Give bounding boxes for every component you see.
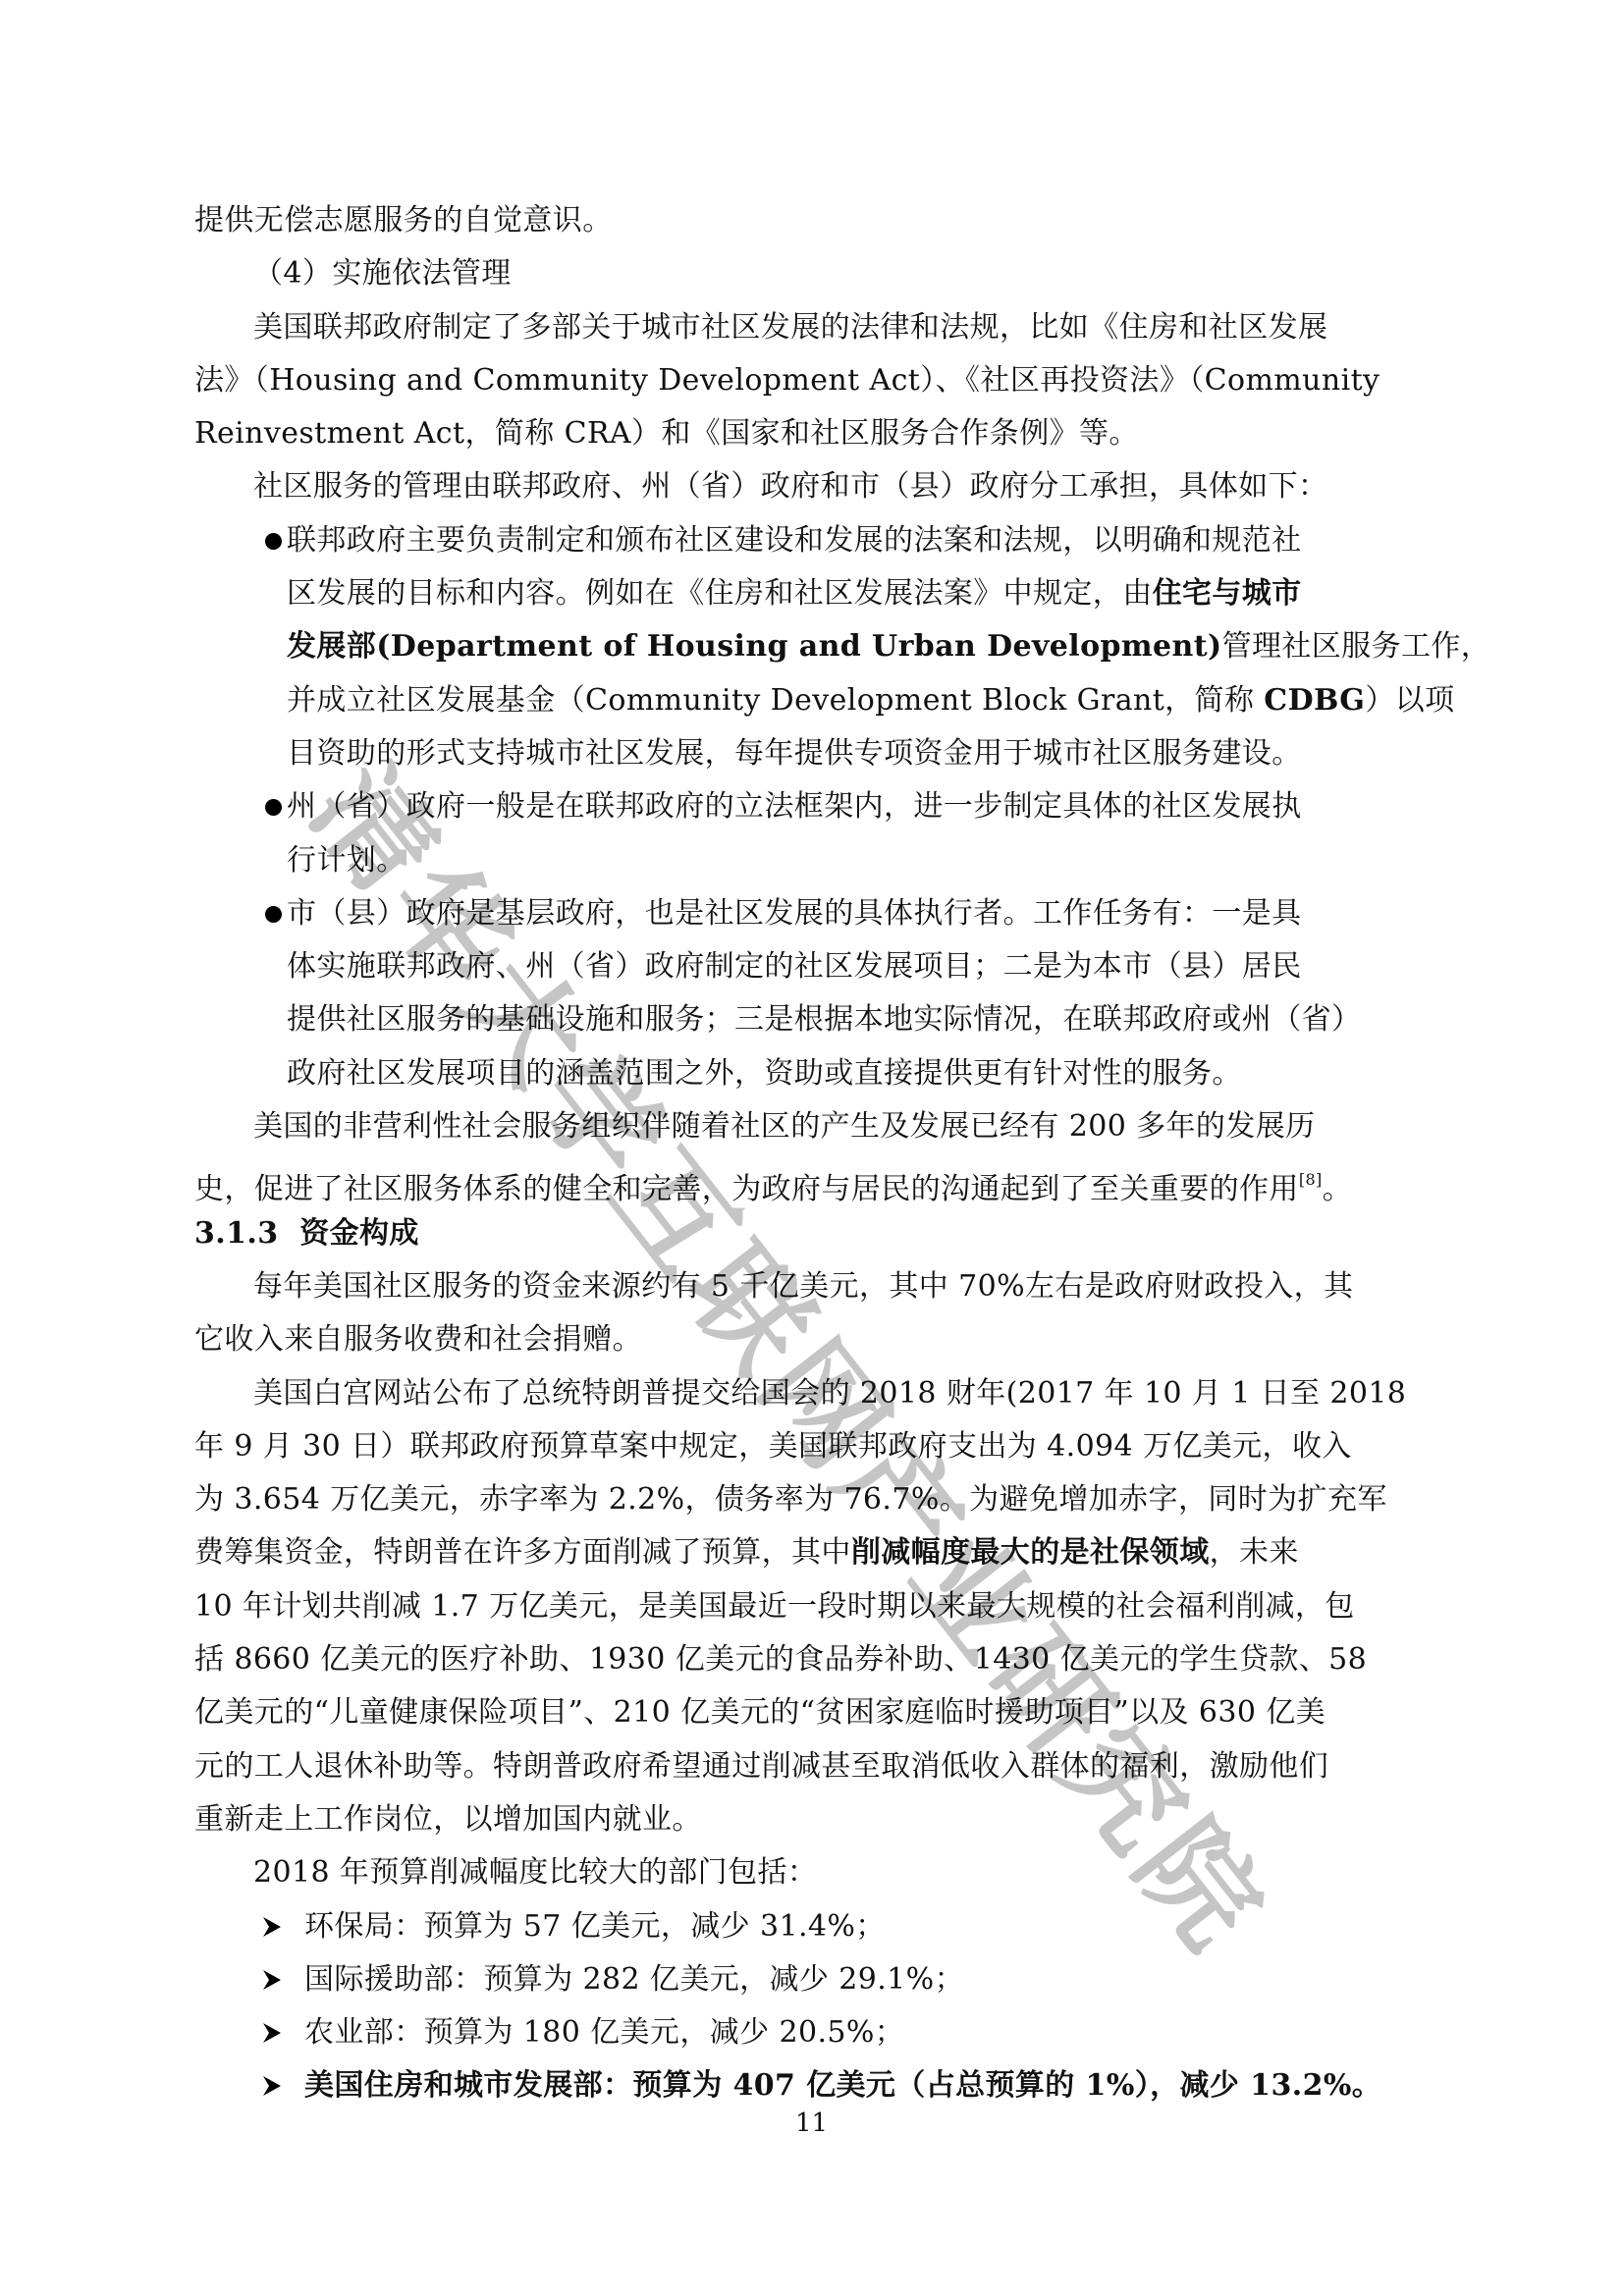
bold-text: CDBG (1264, 683, 1365, 718)
paragraph-line: 10 年计划共削减 1.7 万亿美元，是美国最近一段时期以来最大规模的社会福利削… (194, 1580, 1437, 1633)
paragraph-line: 亿美元的“儿童健康保险项目”、210 亿美元的“贫困家庭临时援助项目”以及 63… (194, 1686, 1437, 1739)
bullet-continuation: 政府社区发展项目的涵盖范围之外，资助或直接提供更有针对性的服务。 (194, 1047, 1437, 1100)
bold-text: 发展部(Department of Housing and Urban Deve… (287, 629, 1222, 664)
bullet-continuation: 并成立社区发展基金（Community Development Block Gr… (194, 674, 1437, 727)
page-body: 提供无偿志愿服务的自觉意识。 （4）实施依法管理 美国联邦政府制定了多部关于城市… (194, 194, 1437, 2113)
paragraph-line: 括 8660 亿美元的医疗补助、1930 亿美元的食品券补助、1430 亿美元的… (194, 1633, 1437, 1686)
section-number: 3.1.3 (194, 1216, 279, 1251)
paragraph-line: 美国白宫网站公布了总统特朗普提交给国会的 2018 财年(2017 年 10 月… (194, 1367, 1437, 1420)
bullet-text: 区发展的目标和内容。例如在《住房和社区发展法案》中规定，由 (287, 576, 1153, 611)
paragraph-line: 为 3.654 万亿美元，赤字率为 2.2%，债务率为 76.7%。为避免增加赤… (194, 1473, 1437, 1526)
bullet-item-federal: 联邦政府主要负责制定和颁布社区建设和发展的法案和法规，以明确和规范社 (194, 514, 1437, 567)
paragraph-line: 美国的非营利性社会服务组织伴随着社区的产生及发展已经有 200 多年的发展历 (194, 1100, 1437, 1153)
paragraph-line: 史，促进了社区服务体系的健全和完善，为政府与居民的沟通起到了至关重要的作用[8]… (194, 1153, 1437, 1206)
paragraph-line: 提供无偿志愿服务的自觉意识。 (194, 194, 1437, 247)
arrow-bullet-icon (261, 1915, 283, 1939)
bold-text: 削减幅度最大的是社保领域 (851, 1535, 1210, 1570)
document-page: 清华大学互联网产业研究院 提供无偿志愿服务的自觉意识。 （4）实施依法管理 美国… (0, 0, 1623, 2296)
bullet-item-state: 州（省）政府一般是在联邦政府的立法框架内，进一步制定具体的社区发展执 (194, 780, 1437, 833)
bullet-continuation: 体实施联邦政府、州（省）政府制定的社区发展项目；二是为本市（县）居民 (194, 940, 1437, 993)
bullet-dot-icon (265, 533, 282, 550)
budget-cut-item: 国际援助部：预算为 282 亿美元，减少 29.1%； (194, 1953, 1437, 2006)
arrow-bullet-icon (261, 2074, 283, 2098)
paragraph-line: Reinvestment Act，简称 CRA）和《国家和社区服务合作条例》等。 (194, 407, 1437, 460)
bullet-text: 市（县）政府是基层政府，也是社区发展的具体执行者。工作任务有：一是具 (287, 896, 1302, 931)
budget-cut-text: 环保局：预算为 57 亿美元，减少 31.4%； (304, 1909, 886, 1944)
paragraph-line: 每年美国社区服务的资金来源约有 5 千亿美元，其中 70%左右是政府财政投入，其 (194, 1260, 1437, 1313)
bullet-text: 并成立社区发展基金（Community Development Block Gr… (287, 683, 1264, 718)
bullet-text: ）以项 (1365, 683, 1454, 718)
bullet-continuation: 目资助的形式支持城市社区发展，每年提供专项资金用于城市社区服务建设。 (194, 727, 1437, 780)
paragraph-line: 社区服务的管理由联邦政府、州（省）政府和市（县）政府分工承担，具体如下： (194, 460, 1437, 513)
bullet-text: 联邦政府主要负责制定和颁布社区建设和发展的法案和法规，以明确和规范社 (287, 523, 1302, 558)
bullet-text: 州（省）政府一般是在联邦政府的立法框架内，进一步制定具体的社区发展执 (287, 789, 1302, 824)
budget-cut-item: 环保局：预算为 57 亿美元，减少 31.4%； (194, 1900, 1437, 1953)
bullet-text: 管理社区服务工作， (1222, 629, 1491, 664)
bullet-continuation: 提供社区服务的基础设施和服务；三是根据本地实际情况，在联邦政府或州（省） (194, 993, 1437, 1046)
paragraph-line: 费筹集资金，特朗普在许多方面削减了预算，其中削减幅度最大的是社保领域，未来 (194, 1526, 1437, 1579)
citation-ref: [8] (1299, 1170, 1323, 1189)
paragraph-line: 元的工人退休补助等。特朗普政府希望通过削减甚至取消低收入群体的福利，激励他们 (194, 1740, 1437, 1793)
paragraph-text: ，未来 (1210, 1535, 1299, 1570)
bold-text: 住宅与城市 (1153, 576, 1302, 611)
bullet-dot-icon (265, 799, 282, 816)
paragraph-line: 年 9 月 30 日）联邦政府预算草案中规定，美国联邦政府支出为 4.094 万… (194, 1420, 1437, 1473)
paragraph-line: 法》（Housing and Community Development Act… (194, 354, 1437, 407)
page-number: 11 (0, 2109, 1623, 2138)
arrow-bullet-icon (261, 2021, 283, 2045)
budget-cut-item: 农业部：预算为 180 亿美元，减少 20.5%； (194, 2006, 1437, 2059)
bullet-item-city: 市（县）政府是基层政府，也是社区发展的具体执行者。工作任务有：一是具 (194, 887, 1437, 940)
paragraph-line: 重新走上工作岗位，以增加国内就业。 (194, 1793, 1437, 1846)
bullet-continuation: 区发展的目标和内容。例如在《住房和社区发展法案》中规定，由住宅与城市 (194, 567, 1437, 620)
bullet-dot-icon (265, 906, 282, 923)
paragraph-text: 史，促进了社区服务体系的健全和完善，为政府与居民的沟通起到了至关重要的作用 (194, 1172, 1299, 1206)
paragraph-text: 费筹集资金，特朗普在许多方面削减了预算，其中 (194, 1535, 851, 1570)
budget-cut-text: 美国住房和城市发展部：预算为 407 亿美元（占总预算的 1%），减少 13.2… (304, 2068, 1381, 2103)
bullet-continuation: 行计划。 (194, 834, 1437, 887)
paragraph-text: 。 (1323, 1172, 1352, 1206)
arrow-bullet-icon (261, 1968, 283, 1992)
paragraph-line: 美国联邦政府制定了多部关于城市社区发展的法律和法规，比如《住房和社区发展 (194, 301, 1437, 354)
budget-cut-text: 国际援助部：预算为 282 亿美元，减少 29.1%； (304, 1962, 964, 1997)
budget-cut-item-highlighted: 美国住房和城市发展部：预算为 407 亿美元（占总预算的 1%），减少 13.2… (194, 2059, 1437, 2112)
budget-cut-text: 农业部：预算为 180 亿美元，减少 20.5%； (304, 2015, 904, 2050)
section-heading: 3.1.3 资金构成 (194, 1207, 1437, 1260)
subsection-title: （4）实施依法管理 (194, 247, 1437, 300)
paragraph-line: 它收入来自服务收费和社会捐赠。 (194, 1313, 1437, 1366)
paragraph-line: 2018 年预算削减幅度比较大的部门包括： (194, 1846, 1437, 1899)
bullet-continuation: 发展部(Department of Housing and Urban Deve… (194, 620, 1437, 673)
section-title: 资金构成 (299, 1216, 419, 1251)
